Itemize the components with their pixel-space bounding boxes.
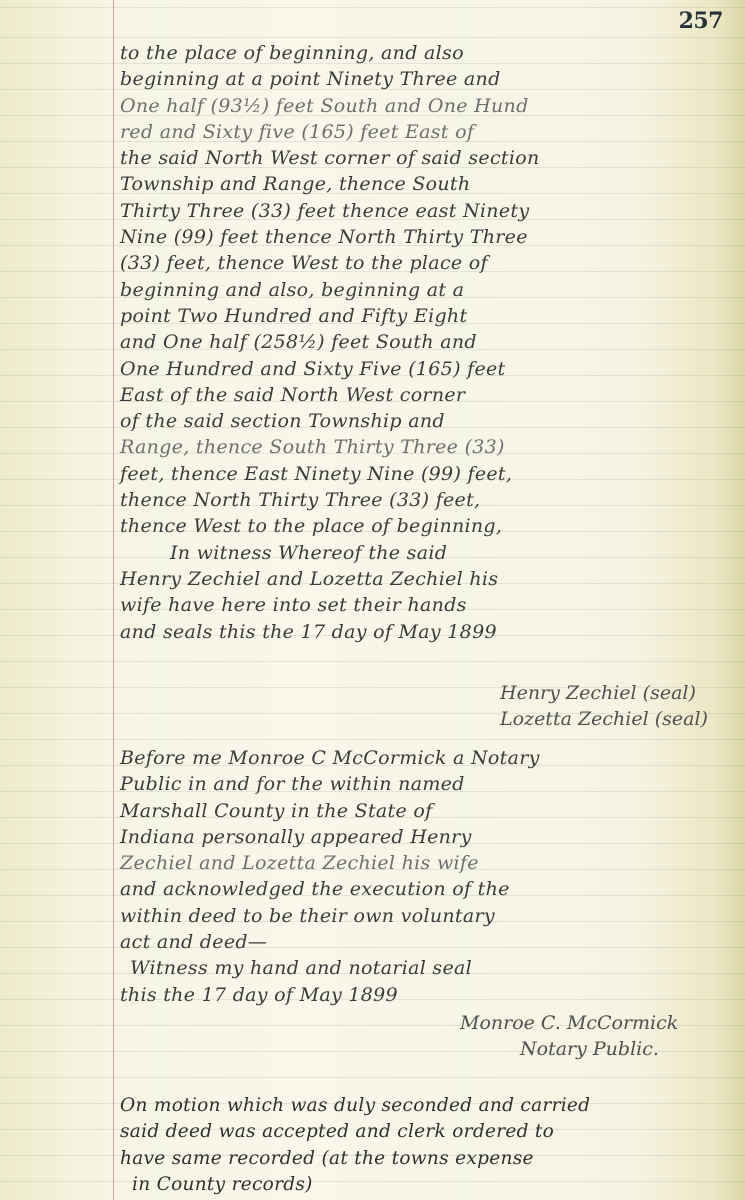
deed-line: thence West to the place of beginning, xyxy=(120,513,742,539)
deed-line: Henry Zechiel and Lozetta Zechiel his xyxy=(120,566,742,592)
deed-line: beginning and also, beginning at a xyxy=(120,277,742,303)
motion-line: On motion which was duly seconded and ca… xyxy=(120,1093,742,1119)
notary-title: Notary Public. xyxy=(520,1038,659,1060)
page-number: 257 xyxy=(679,8,723,34)
deed-line: and seals this the 17 day of May 1899 xyxy=(120,619,742,645)
deed-line: Nine (99) feet thence North Thirty Three xyxy=(120,224,742,250)
acknowledgment-line: this the 17 day of May 1899 xyxy=(120,982,742,1008)
deed-line: One Hundred and Sixty Five (165) feet xyxy=(120,356,742,382)
motion-text: On motion which was duly seconded and ca… xyxy=(120,1093,742,1198)
acknowledgment-line: Before me Monroe C McCormick a Notary xyxy=(120,745,742,771)
deed-line: beginning at a point Ninety Three and xyxy=(120,66,742,92)
deed-line: One half (93½) feet South and One Hund xyxy=(120,93,742,119)
deed-line: Township and Range, thence South xyxy=(120,171,742,197)
deed-line: the said North West corner of said secti… xyxy=(120,145,742,171)
motion-line: said deed was accepted and clerk ordered… xyxy=(120,1119,742,1145)
deed-line: Range, thence South Thirty Three (33) xyxy=(120,434,742,460)
acknowledgment-text: Before me Monroe C McCormick a Notary Pu… xyxy=(120,745,742,1008)
acknowledgment-line: Marshall County in the State of xyxy=(120,798,742,824)
acknowledgment-line: Public in and for the within named xyxy=(120,771,742,797)
deed-text: to the place of beginning, and also begi… xyxy=(120,40,742,645)
deed-line: (33) feet, thence West to the place of xyxy=(120,250,742,276)
deed-line: to the place of beginning, and also xyxy=(120,40,742,66)
motion-line: have same recorded (at the towns expense xyxy=(120,1146,742,1172)
signature-henry-zechiel: Henry Zechiel (seal) xyxy=(500,682,696,704)
deed-line: thence North Thirty Three (33) feet, xyxy=(120,487,742,513)
deed-line: and One half (258½) feet South and xyxy=(120,329,742,355)
margin-rule xyxy=(113,0,114,1200)
deed-line: Thirty Three (33) feet thence east Ninet… xyxy=(120,198,742,224)
notary-signature: Monroe C. McCormick xyxy=(460,1012,678,1034)
deed-line: feet, thence East Ninety Nine (99) feet, xyxy=(120,461,742,487)
signature-lozetta-zechiel: Lozetta Zechiel (seal) xyxy=(500,708,708,730)
deed-line: point Two Hundred and Fifty Eight xyxy=(120,303,742,329)
acknowledgment-line: Witness my hand and notarial seal xyxy=(120,955,742,981)
deed-line: East of the said North West corner xyxy=(120,382,742,408)
motion-line: in County records) xyxy=(120,1172,742,1198)
deed-line: In witness Whereof the said xyxy=(120,540,742,566)
deed-line: of the said section Township and xyxy=(120,408,742,434)
acknowledgment-line: act and deed— xyxy=(120,929,742,955)
acknowledgment-line: Zechiel and Lozetta Zechiel his wife xyxy=(120,850,742,876)
acknowledgment-line: Indiana personally appeared Henry xyxy=(120,824,742,850)
deed-line: wife have here into set their hands xyxy=(120,592,742,618)
deed-line: red and Sixty five (165) feet East of xyxy=(120,119,742,145)
acknowledgment-line: within deed to be their own voluntary xyxy=(120,903,742,929)
acknowledgment-line: and acknowledged the execution of the xyxy=(120,876,742,902)
